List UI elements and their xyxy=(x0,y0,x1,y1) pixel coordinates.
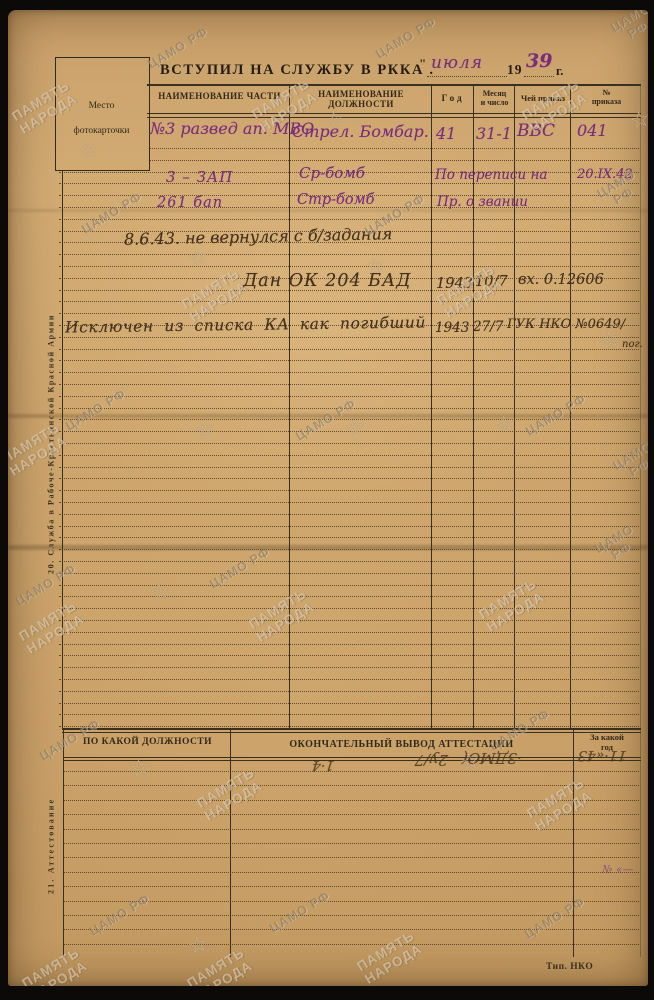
ruled-line xyxy=(59,478,639,479)
watermark-camo: ЦАМО РФ xyxy=(293,397,358,444)
ruled-line xyxy=(59,561,639,562)
ruled-line xyxy=(59,301,639,302)
ruled-line xyxy=(59,490,639,491)
side-label-attestation: 21. Аттестование xyxy=(38,772,64,920)
watermark-star-icon: ☆ xyxy=(628,105,648,135)
watermark-pamyat-naroda: ПАМЯТЬ НАРОДА xyxy=(435,263,505,321)
photo-box-label: Место xyxy=(55,101,148,111)
inverted-scribble: 1·4 xyxy=(311,758,335,772)
header-underline xyxy=(63,757,641,758)
watermark-star-icon: ☆ xyxy=(343,413,368,443)
ruled-line xyxy=(59,502,639,503)
entry-position-2: Ср-бомб xyxy=(299,166,365,181)
ink-mark: № «— xyxy=(602,864,634,875)
ruled-line xyxy=(59,526,639,527)
ruled-line xyxy=(59,644,639,645)
entry-year-6: 1943 xyxy=(435,322,469,336)
entry-whose-1: ВВС xyxy=(517,123,555,140)
ruled-line xyxy=(63,814,639,815)
ruled-line xyxy=(59,703,639,704)
entry-unit-2: 3 – ЗАП xyxy=(166,170,233,185)
col-header-unit: НАИМЕНОВАНИЕ ЧАСТИ xyxy=(150,91,289,101)
col-header-order-no: № приказа xyxy=(572,88,641,106)
ruled-line xyxy=(63,771,639,772)
entry-year: 39 xyxy=(526,52,552,71)
section-separator xyxy=(62,732,641,733)
inverted-scribble: 11·«43 xyxy=(577,748,627,762)
side-label-service: 20. Служба в Рабоче-Крестьянской Красной… xyxy=(38,268,64,620)
entry-note-3: Пр. о звании xyxy=(437,196,528,210)
column-divider xyxy=(570,84,571,728)
watermark-camo: ЦАМО РФ xyxy=(87,892,152,939)
table-left-border xyxy=(63,728,64,957)
ruled-line xyxy=(59,419,639,420)
ruled-line xyxy=(150,160,639,161)
document-page: ВСТУПИЛ НА СЛУЖБУ В РККА . " июля 19 39 … xyxy=(8,10,648,986)
entry-unit-3: 261 бап xyxy=(157,196,223,211)
form-title: ВСТУПИЛ НА СЛУЖБУ В РККА . xyxy=(160,62,435,79)
entry-month: июля xyxy=(431,55,483,72)
ruled-line xyxy=(59,467,639,468)
ruled-line xyxy=(59,396,639,397)
quote-mark: " xyxy=(419,56,426,72)
inverted-scribble: 2у/7 xyxy=(414,752,448,767)
watermark-camo: ЦАМО РФ xyxy=(267,889,332,936)
watermark-camo: ЦАМО РФ xyxy=(373,15,438,62)
ruled-line xyxy=(59,384,639,385)
inverted-scribble: ·ЗДМО( xyxy=(461,750,522,765)
entry-remark-4: 8.6.43. не вернулся с б/задания xyxy=(124,226,393,248)
ruled-line xyxy=(59,549,639,550)
watermark-pamyat-naroda: ПАМЯТЬ НАРОДА xyxy=(247,587,317,645)
ruled-line xyxy=(63,785,639,786)
ruled-line xyxy=(59,443,639,444)
watermark-camo: ЦАМО РФ xyxy=(63,387,128,434)
watermark-pamyat-naroda: ПАМЯТЬ НАРОДА xyxy=(477,577,547,635)
ruled-line xyxy=(63,829,639,830)
column-divider xyxy=(230,728,231,957)
ruled-line xyxy=(59,219,639,220)
watermark-star-icon: ☆ xyxy=(186,930,211,960)
entry-date-5: 10/7 xyxy=(475,275,508,290)
ruled-line xyxy=(59,183,639,184)
ruled-line xyxy=(59,266,639,267)
ruled-line xyxy=(59,514,639,515)
entry-date-1: 31-1 xyxy=(476,126,512,142)
ruled-line xyxy=(63,901,639,902)
ruled-line xyxy=(59,254,639,255)
ruled-line xyxy=(63,886,639,887)
watermark-camo: ЦАМО РФ xyxy=(207,545,272,592)
ruled-line xyxy=(63,944,639,945)
photo-box-label: фотокарточки xyxy=(55,126,148,136)
watermark-camo: ЦАМО РФ xyxy=(593,522,644,568)
ruled-line xyxy=(63,929,639,930)
dotted-underline xyxy=(524,76,554,77)
watermark-camo: ЦАМО РФ xyxy=(523,392,588,439)
entry-number-2: 20.IX.42 xyxy=(577,168,633,181)
entry-unit-1: №3 развед ап. МВО xyxy=(150,121,314,137)
watermark-pamyat-naroda: ПАМЯТЬ НАРОДА xyxy=(185,946,255,986)
ruled-line xyxy=(59,431,639,432)
year-prefix: 19 xyxy=(507,62,523,78)
watermark-pamyat-naroda: ПАМЯТЬ НАРОДА xyxy=(20,946,90,986)
entry-year-5: 1943 xyxy=(436,277,473,292)
watermark-star-icon: ☆ xyxy=(148,577,173,607)
ruled-line xyxy=(59,655,639,656)
watermark-camo: ЦАМО РФ xyxy=(609,10,648,47)
entry-date-6: 27/7 xyxy=(473,321,503,335)
entry-position-1: Стрел. Бомбар. xyxy=(292,124,429,140)
ruled-line xyxy=(59,337,639,338)
year-suffix: г. xyxy=(556,64,563,79)
ruled-line xyxy=(59,691,639,692)
fold-crease xyxy=(8,414,648,418)
entry-position-3: Стр-бомб xyxy=(297,193,374,208)
dotted-underline xyxy=(427,76,507,77)
watermark-pamyat-naroda: ПАМЯТЬ НАРОДА xyxy=(525,776,595,834)
header-underline xyxy=(63,760,641,761)
ruled-line xyxy=(59,679,639,680)
watermark-star-icon: ☆ xyxy=(186,243,211,273)
ruled-line xyxy=(63,843,639,844)
col-header-date: Месяц и число xyxy=(475,89,514,107)
ruled-line xyxy=(59,608,639,609)
column-divider xyxy=(431,84,432,728)
watermark-star-icon: ☆ xyxy=(193,415,218,445)
entry-number-6-sub: пог. xyxy=(622,340,643,350)
entry-remark-6: Исключен из списка КА как погибший xyxy=(65,315,426,336)
ruled-line xyxy=(59,620,639,621)
table-right-border xyxy=(640,84,641,957)
ruled-line xyxy=(63,872,639,873)
ruled-line xyxy=(59,537,639,538)
ruled-line xyxy=(59,360,639,361)
watermark-pamyat-naroda: ПАМЯТЬ НАРОДА xyxy=(355,929,425,986)
ruled-line xyxy=(63,915,639,916)
ruled-line xyxy=(59,632,639,633)
entry-number-1: 041 xyxy=(577,123,608,139)
entry-note-2: По переписи на xyxy=(435,169,547,183)
entry-remark-5: Дан ОК 204 БАД xyxy=(243,273,412,291)
fold-crease xyxy=(8,209,648,212)
column-divider xyxy=(573,728,574,957)
printer-imprint: Тип. НКО xyxy=(546,962,593,972)
entry-year-1: 41 xyxy=(436,126,456,142)
header-underline xyxy=(147,117,641,118)
ruled-line xyxy=(59,714,639,715)
table-top-border xyxy=(147,84,641,86)
fold-crease xyxy=(8,545,648,550)
ruled-line xyxy=(63,800,639,801)
entry-number-5: вх. 0.12606 xyxy=(518,273,604,288)
ruled-line xyxy=(59,573,639,574)
watermark-camo: ЦАМО РФ xyxy=(522,895,587,942)
col-header-att-position: ПО КАКОЙ ДОЛЖНОСТИ xyxy=(65,737,230,748)
ruled-line xyxy=(59,667,639,668)
entry-number-6: ГУК НКО №0649/ xyxy=(507,318,625,331)
header-underline xyxy=(147,113,641,114)
ruled-line xyxy=(59,585,639,586)
ruled-line xyxy=(59,349,639,350)
col-header-position: НАИМЕНОВАНИЕ ДОЛЖНОСТИ xyxy=(291,89,431,110)
ruled-line xyxy=(59,455,639,456)
scan-background: ВСТУПИЛ НА СЛУЖБУ В РККА . " июля 19 39 … xyxy=(0,0,654,1000)
section-separator xyxy=(62,728,641,730)
watermark-camo: ЦАМО РФ xyxy=(611,439,648,485)
column-divider xyxy=(289,84,290,728)
ruled-line xyxy=(150,148,639,149)
ruled-line xyxy=(63,857,639,858)
col-header-whose-order: Чей приказ xyxy=(516,94,570,104)
col-header-year: Год xyxy=(433,94,473,105)
ruled-line xyxy=(59,408,639,409)
ruled-line xyxy=(59,596,639,597)
photo-box xyxy=(55,57,150,171)
ruled-line xyxy=(59,372,639,373)
